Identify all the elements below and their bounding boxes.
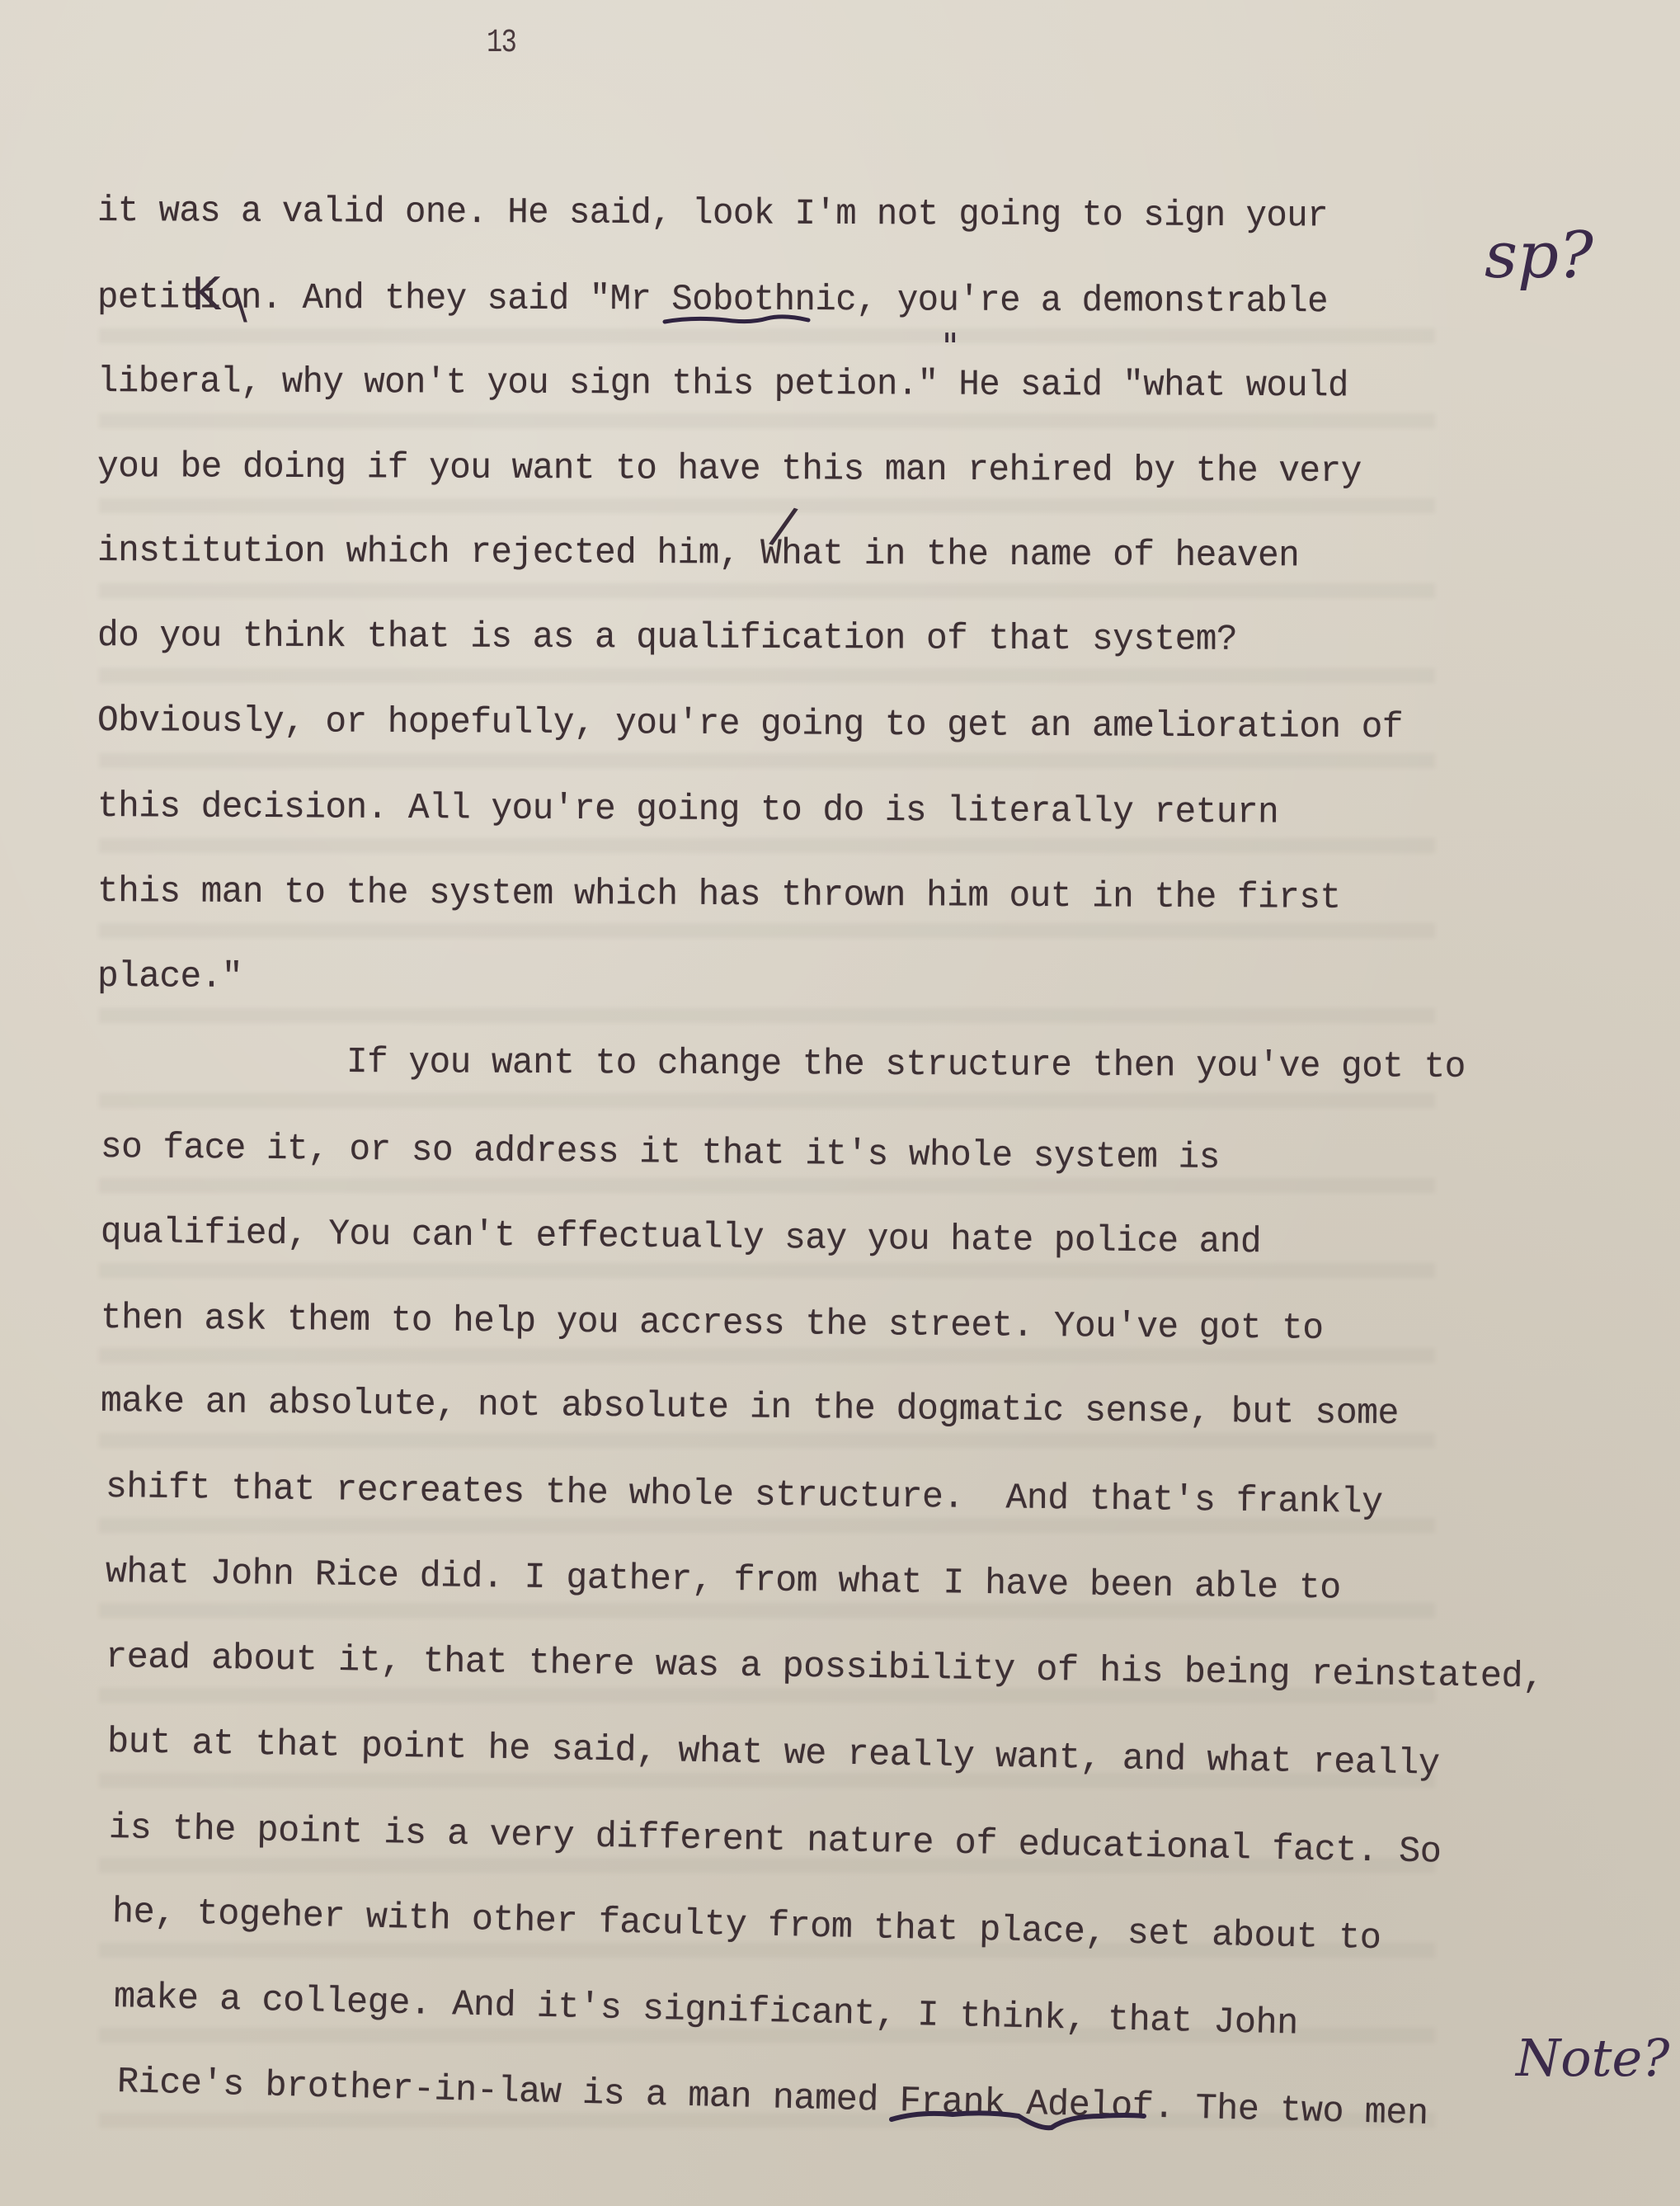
text-line: institution which rejected him, What in … bbox=[97, 530, 1300, 577]
text-line: Rice's brother-in-law is a man named Fra… bbox=[116, 2061, 1428, 2136]
text-line: liberal, why won't you sign this petion.… bbox=[97, 361, 1348, 408]
page-number: 13 bbox=[487, 25, 515, 62]
text-line: so face it, or so address it that it's w… bbox=[101, 1126, 1220, 1180]
margin-note-note: Note? bbox=[1516, 2028, 1669, 2088]
text-line: shift that recreates the whole structure… bbox=[106, 1466, 1383, 1525]
text-line: he, togeher with other faculty from that… bbox=[111, 1891, 1381, 1960]
text-line: do you think that is as a qualification … bbox=[97, 615, 1237, 662]
text-line: make an absolute, not absolute in the do… bbox=[101, 1380, 1399, 1435]
quote-insert-mark: " bbox=[942, 326, 958, 368]
text-line: it was a valid one. He said, look I'm no… bbox=[97, 190, 1328, 238]
text-line: this decision. All you're going to do is… bbox=[97, 785, 1279, 834]
typewritten-page: 13 it was a valid one. He said, look I'm… bbox=[0, 0, 1680, 2206]
text-line: is the point is a very different nature … bbox=[109, 1807, 1442, 1874]
text-line: then ask them to help you accress the st… bbox=[101, 1297, 1324, 1350]
text-line: Obviously, or hopefully, you're going to… bbox=[97, 700, 1403, 749]
margin-note-spelling: sp? bbox=[1485, 219, 1593, 293]
text-line: petition. And they said "Mr Sobothnic, y… bbox=[97, 276, 1328, 323]
text-line: you be doing if you want to have this ma… bbox=[97, 445, 1362, 493]
text-line: read about it, that there was a possibil… bbox=[106, 1636, 1544, 1699]
text-line: what John Rice did. I gather, from what … bbox=[106, 1551, 1341, 1610]
text-line: qualified, You can't effectually say you… bbox=[101, 1211, 1262, 1264]
text-line: this man to the system which has thrown … bbox=[97, 870, 1341, 920]
text-line: place." bbox=[97, 955, 242, 999]
text-line: make a college. And it's significant, I … bbox=[113, 1976, 1298, 2046]
text-line: but at that point he said, what we reall… bbox=[107, 1721, 1440, 1786]
text-line: If you want to change the structure then… bbox=[346, 1041, 1466, 1089]
